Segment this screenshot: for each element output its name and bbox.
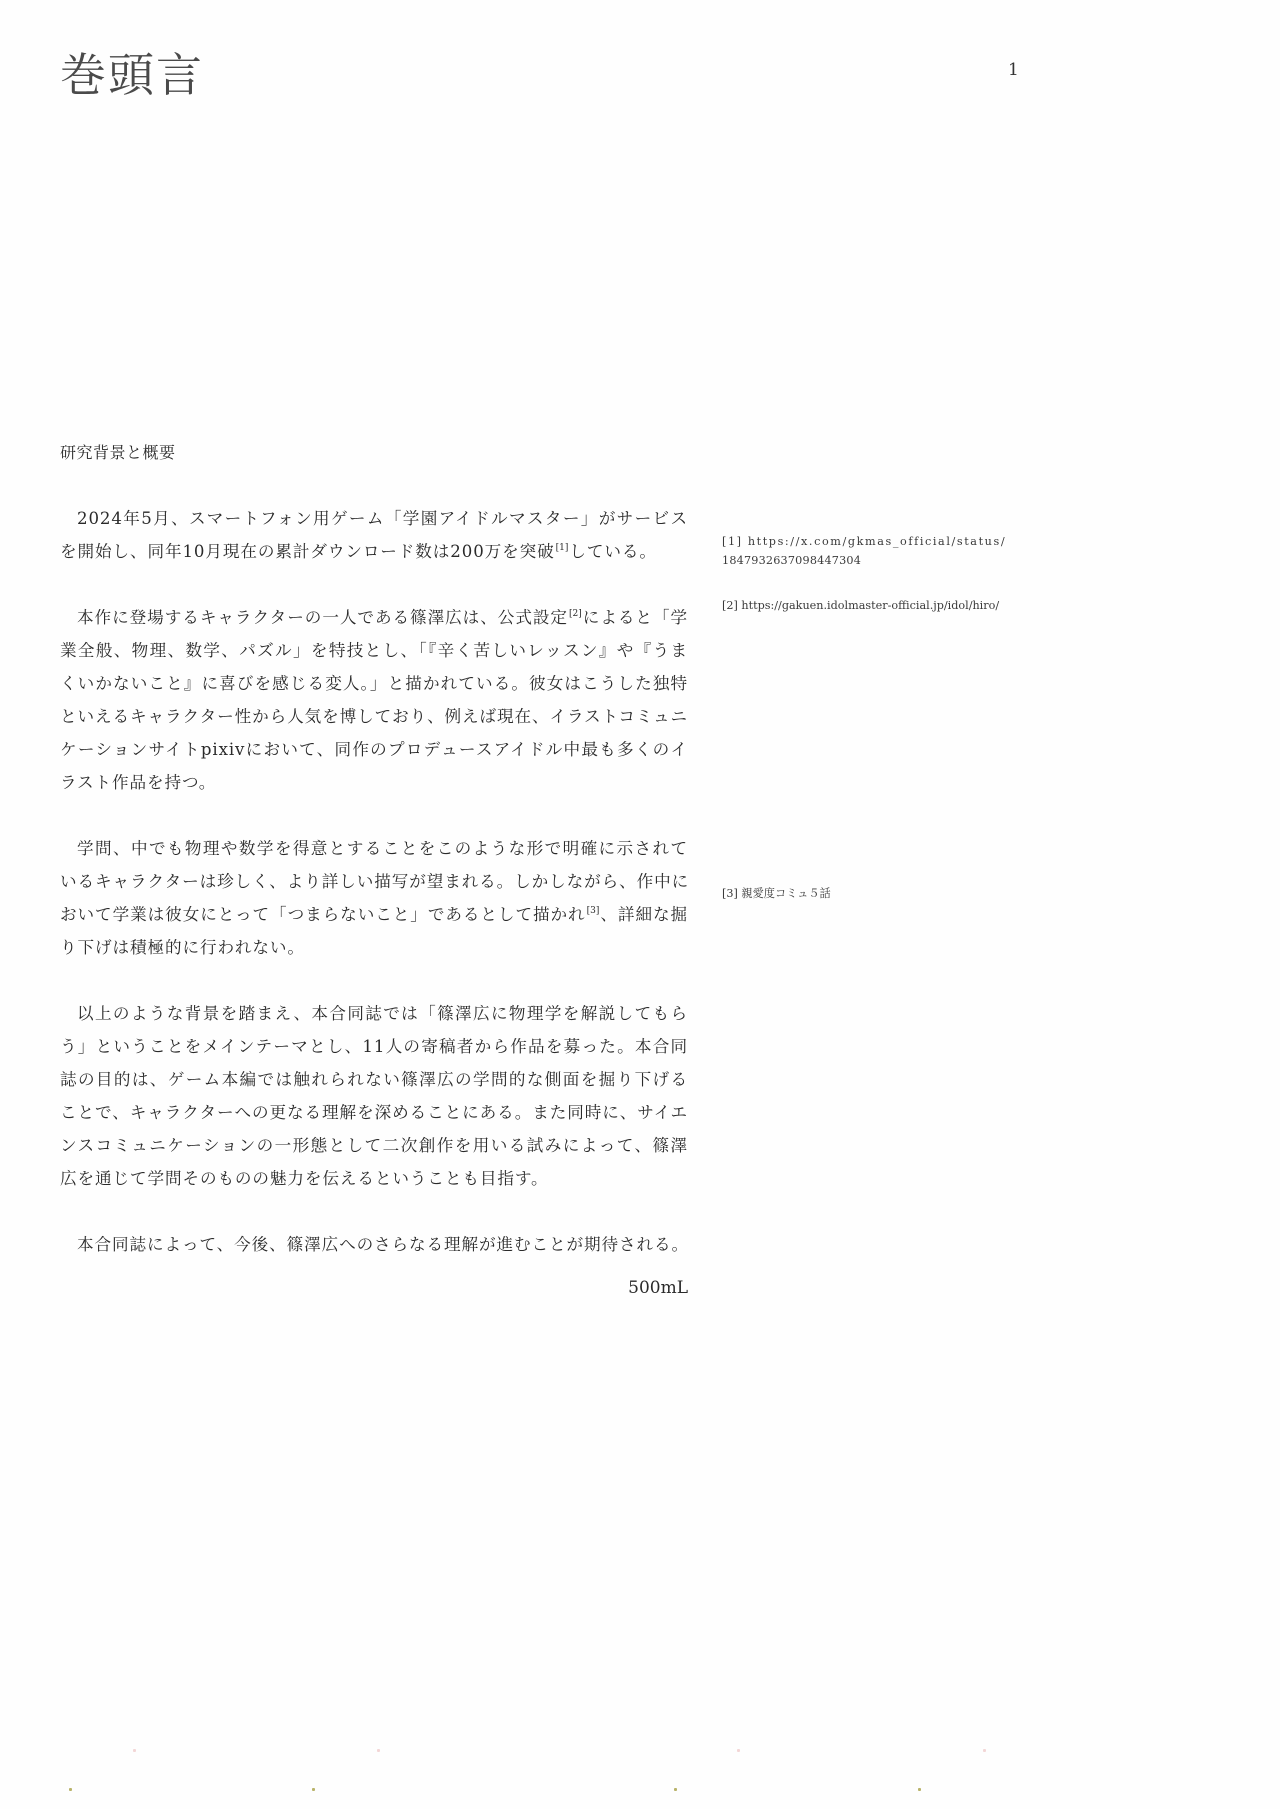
section-heading: 研究背景と概要 [60, 440, 176, 463]
text-line: 学問、中でも物理や数学を得意とすることをこのような形で明確に示されて [60, 832, 688, 865]
page-title: 巻頭言 [60, 52, 204, 98]
text-line: ンスコミュニケーションの一形態として二次創作を用いる試みによって、篠澤 [60, 1129, 688, 1162]
text-line: 本合同誌によって、今後、篠澤広へのさらなる理解が進むことが期待される。 [60, 1228, 688, 1261]
body-column: 2024年5月、スマートフォン用ゲーム「学園アイドルマスター」がサービス を開始… [60, 502, 688, 1294]
paragraph-academics: 学問、中でも物理や数学を得意とすることをこのような形で明確に示されて いるキャラ… [60, 832, 688, 964]
paragraph-intro: 2024年5月、スマートフォン用ゲーム「学園アイドルマスター」がサービス を開始… [60, 502, 688, 568]
footnote-label: [2] [722, 599, 738, 612]
text-line: ことで、キャラクターへの更なる理解を深めることにある。また同時に、サイエ [60, 1096, 688, 1129]
text-line: 以上のような背景を踏まえ、本合同誌では「篠澤広に物理学を解説してもら [60, 997, 688, 1030]
footnote-label: [1] [722, 535, 743, 548]
footnote-text: 親愛度コミュ５話 [741, 887, 830, 900]
scan-mark [918, 1788, 921, 1791]
text-line: 誌の目的は、ゲーム本編では触れられない篠澤広の学問的な側面を掘り下げる [60, 1063, 688, 1096]
footnote-ref-3[interactable]: [3] [587, 906, 600, 916]
text-line: 広を通じて学問そのものの魅力を伝えるということも目指す。 [60, 1162, 688, 1195]
footnote-label: [3] [722, 887, 738, 900]
text-line: おいて学業は彼女にとって「つまらないこと」であるとして描かれ[3]、詳細な掘 [60, 898, 688, 931]
footnote-ref-2[interactable]: [2] [569, 609, 582, 619]
text-line: ラスト作品を持つ。 [60, 766, 688, 799]
author-signature: 500mL [560, 1278, 688, 1298]
footnote-ref-1[interactable]: [1] [556, 543, 569, 553]
paragraph-conclusion: 本合同誌によって、今後、篠澤広へのさらなる理解が進むことが期待される。 [60, 1228, 688, 1261]
scan-mark [133, 1749, 136, 1752]
text-line: う」ということをメインテーマとし、11人の寄稿者から作品を募った。本合同 [60, 1030, 688, 1063]
scan-mark [69, 1788, 72, 1791]
footnote-link-continued[interactable]: 1847932637098447304 [722, 554, 861, 567]
paragraph-character: 本作に登場するキャラクターの一人である篠澤広は、公式設定[2]によると「学 業全… [60, 601, 688, 799]
footnote-2: [2] https://gakuen.idolmaster-official.j… [722, 596, 999, 615]
scan-mark [983, 1749, 986, 1752]
footnote-link[interactable]: https://gakuen.idolmaster-official.jp/id… [741, 599, 999, 612]
text-line: を開始し、同年10月現在の累計ダウンロード数は200万を突破[1]している。 [60, 535, 688, 568]
scan-mark [737, 1749, 740, 1752]
text-line: 本作に登場するキャラクターの一人である篠澤広は、公式設定[2]によると「学 [60, 601, 688, 634]
scan-mark [674, 1788, 677, 1791]
footnote-link[interactable]: https://x.com/gkmas_official/status/ [748, 535, 1006, 548]
footnote-1: [1] https://x.com/gkmas_official/status/… [722, 532, 1006, 570]
paragraph-purpose: 以上のような背景を踏まえ、本合同誌では「篠澤広に物理学を解説してもら う」という… [60, 997, 688, 1195]
text-line: いるキャラクターは珍しく、より詳しい描写が望まれる。しかしながら、作中に [60, 865, 688, 898]
scan-mark [312, 1788, 315, 1791]
text-line: 業全般、物理、数学、パズル」を特技とし、「『辛く苦しいレッスン』や『うま [60, 634, 688, 667]
footnote-3: [3] 親愛度コミュ５話 [722, 884, 831, 903]
text-line: といえるキャラクター性から人気を博しており、例えば現在、イラストコミュニ [60, 700, 688, 733]
scan-mark [377, 1749, 380, 1752]
text-line: り下げは積極的に行われない。 [60, 931, 688, 964]
text-line: 2024年5月、スマートフォン用ゲーム「学園アイドルマスター」がサービス [60, 502, 688, 535]
text-line: ケーションサイトpixivにおいて、同作のプロデュースアイドル中最も多くのイ [60, 733, 688, 766]
page-number: 1 [1008, 60, 1019, 80]
text-line: くいかないこと』に喜びを感じる変人。」と描かれている。彼女はこうした独特 [60, 667, 688, 700]
